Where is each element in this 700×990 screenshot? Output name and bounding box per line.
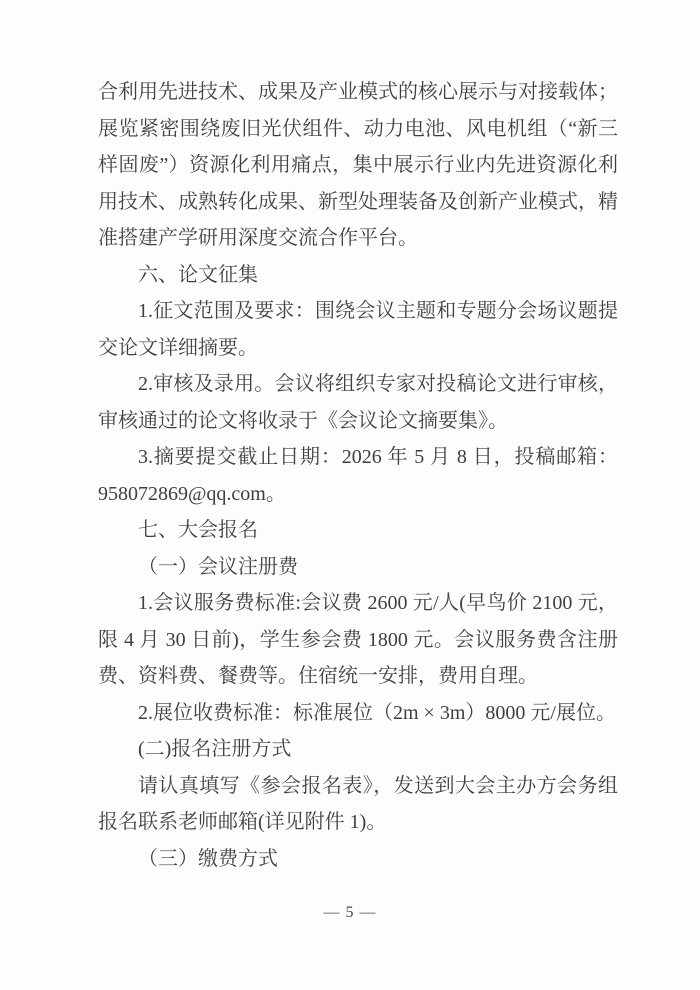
- text-line: (二)报名注册方式: [98, 731, 618, 768]
- text-line: （一）会议注册费: [98, 549, 618, 586]
- text-line: 审核通过的论文将收录于《会议论文摘要集》。: [98, 403, 618, 440]
- text-line: 958072869@qq.com。: [98, 476, 618, 513]
- text-line: 报名联系老师邮箱(详见附件 1)。: [98, 804, 618, 841]
- text-line: 七、大会报名: [98, 512, 618, 549]
- text-line: 1.会议服务费标准:会议费 2600 元/人(早鸟价 2100 元，: [98, 585, 618, 622]
- page-number: — 5 —: [0, 901, 700, 925]
- text-line: 用技术、成熟转化成果、新型处理装备及创新产业模式，精: [98, 184, 618, 221]
- text-line: 1.征文范围及要求：围绕会议主题和专题分会场议题提: [98, 293, 618, 330]
- text-line: （三）缴费方式: [98, 841, 618, 878]
- text-line: 准搭建产学研用深度交流合作平台。: [98, 220, 618, 257]
- text-line: 展览紧密围绕废旧光伏组件、动力电池、风电机组（“新三: [98, 111, 618, 148]
- text-line: 合利用先进技术、成果及产业模式的核心展示与对接载体；: [98, 74, 618, 111]
- text-line: 费、资料费、餐费等。住宿统一安排，费用自理。: [98, 658, 618, 695]
- text-line: 交论文详细摘要。: [98, 330, 618, 367]
- document-page: 合利用先进技术、成果及产业模式的核心展示与对接载体；展览紧密围绕废旧光伏组件、动…: [0, 0, 700, 990]
- text-line: 2.审核及录用。会议将组织专家对投稿论文进行审核，: [98, 366, 618, 403]
- text-line: 3.摘要提交截止日期：2026 年 5 月 8 日，投稿邮箱：: [98, 439, 618, 476]
- document-body: 合利用先进技术、成果及产业模式的核心展示与对接载体；展览紧密围绕废旧光伏组件、动…: [98, 74, 618, 877]
- text-line: 请认真填写《参会报名表》，发送到大会主办方会务组: [98, 768, 618, 805]
- text-line: 限 4 月 30 日前)，学生参会费 1800 元。会议服务费含注册: [98, 622, 618, 659]
- text-line: 2.展位收费标准：标准展位（2m × 3m）8000 元/展位。: [98, 695, 618, 732]
- text-line: 六、论文征集: [98, 257, 618, 294]
- text-line: 样固废”）资源化利用痛点，集中展示行业内先进资源化利: [98, 147, 618, 184]
